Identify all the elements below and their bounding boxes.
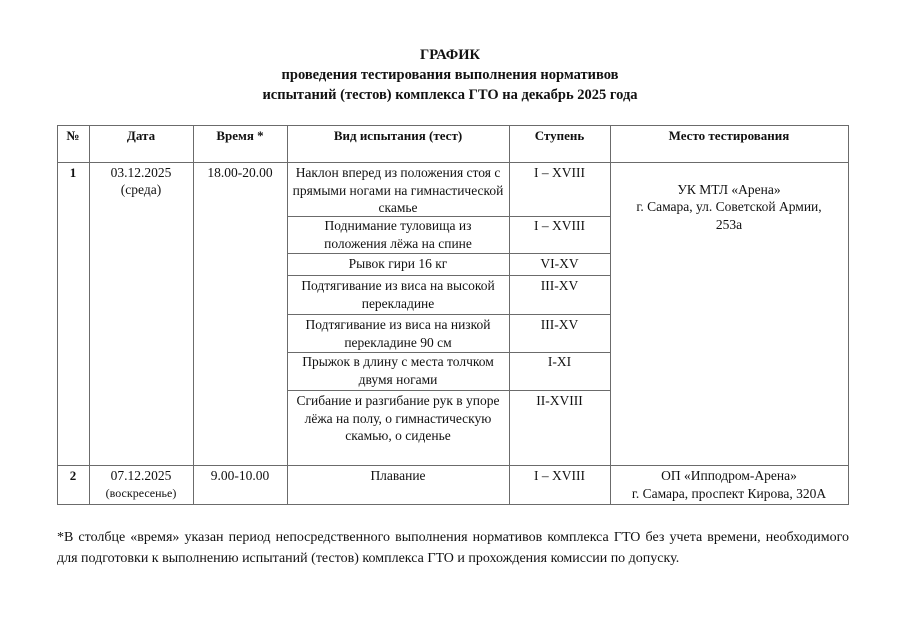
place-name: ОП «Ипподром-Арена» [610,467,848,485]
test-stage: I – XVIII [509,217,610,235]
test-name: Подтягивание из виса на высокой переклад… [300,277,496,312]
test-name: Сгибание и разгибание рук в упоре лёжа н… [296,392,500,445]
col-divider [193,125,194,505]
row-weekday: (среда) [89,181,193,199]
document-title: ГРАФИК [0,46,900,64]
header-test: Вид испытания (тест) [287,127,509,145]
table-border [57,162,849,163]
footnote: *В столбце «время» указан период непосре… [57,527,849,569]
test-stage: III-XV [509,277,610,295]
row-weekday: (воскресенье) [89,485,193,503]
table-border [57,125,849,126]
row-divider [287,314,610,315]
row-divider [287,253,610,254]
table-border [57,504,849,505]
test-stage: VI-XV [509,255,610,273]
row-num: 1 [57,164,89,182]
header-date: Дата [89,127,193,145]
test-stage: I – XVIII [509,164,610,182]
table-border [57,125,58,505]
table-border [57,465,849,466]
table-border [848,125,849,505]
test-stage: I-XI [509,353,610,371]
row-num: 2 [57,467,89,485]
header-stage: Ступень [509,127,610,145]
place-address: г. Самара, проспект Кирова, 320А [610,485,848,503]
row-date: 07.12.2025 [89,467,193,485]
document-subtitle-line1: проведения тестирования выполнения норма… [0,66,900,84]
place-address: г. Самара, ул. Советской Армии, 253а [622,198,836,233]
col-divider [287,125,288,505]
test-name: Прыжок в длину с места толчком двумя ног… [300,353,496,388]
header-place: Место тестирования [610,127,848,145]
row-date: 03.12.2025 [89,164,193,182]
test-stage: I – XVIII [509,467,610,485]
test-name: Поднимание туловища из положения лёжа на… [292,217,504,252]
row-time: 18.00-20.00 [193,164,287,182]
header-num: № [57,127,89,145]
test-stage: III-XV [509,316,610,334]
test-name: Подтягивание из виса на низкой переклади… [289,316,507,351]
test-name: Рывок гири 16 кг [292,255,504,273]
row-time: 9.00-10.00 [193,467,287,485]
col-divider [509,125,510,505]
document-subtitle-line2: испытаний (тестов) комплекса ГТО на дека… [0,86,900,104]
test-name: Наклон вперед из положения стоя с прямым… [292,164,504,217]
header-time: Время * [193,127,287,145]
row-divider [287,390,610,391]
test-stage: II-XVIII [509,392,610,410]
place-name: УК МТЛ «Арена» [610,181,848,199]
row-divider [287,275,610,276]
test-name: Плавание [287,467,509,485]
